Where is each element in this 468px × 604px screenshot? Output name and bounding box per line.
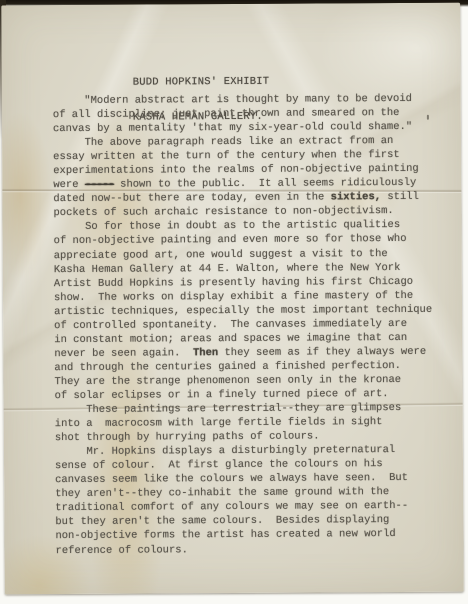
text-line: reference of colours. — [55, 541, 433, 557]
text-segment: into a macrocosm with large fertile fiel… — [55, 416, 383, 430]
text-segment: non-objective forms the artist has creat… — [55, 528, 395, 542]
text-segment: reference of colours. — [55, 544, 187, 557]
text-segment: sense of colour. At first glance the col… — [55, 458, 383, 472]
text-segment: canvas by a mentality 'that my six-year-… — [53, 121, 412, 135]
text-segment: appreciate good art, one would suggest a… — [54, 248, 388, 262]
text-segment: of controlled spontaneity. The canvases … — [54, 318, 407, 332]
text-segment: shown to the public. It all seems ridicu… — [114, 177, 417, 191]
text-line: non-objective forms the artist has creat… — [55, 527, 433, 543]
scanned-document-screen: BUDD HOPKINS' EXHIBIT KASHA HEMAN GALLER… — [0, 0, 468, 604]
document-body: "Modern abstract art is thought by many … — [53, 92, 434, 558]
text-segment: still — [381, 191, 419, 203]
text-segment: show. The works on display exhibit a fin… — [54, 290, 413, 304]
text-segment: but they aren't the same colours. Beside… — [55, 514, 389, 528]
text-segment: sixties, — [331, 191, 381, 203]
text-segment: dated now--but there are today, even in … — [53, 192, 330, 206]
text-segment: Then — [193, 347, 218, 359]
text-segment: Mr. Hopkins displays a disturbingly pret… — [55, 444, 395, 458]
typewritten-text-layer: BUDD HOPKINS' EXHIBIT KASHA HEMAN GALLER… — [52, 3, 444, 5]
document-page: BUDD HOPKINS' EXHIBIT KASHA HEMAN GALLER… — [1, 3, 464, 595]
text-segment: of non-objective painting and even more … — [54, 233, 407, 247]
text-segment: in constant motion; areas and spaces we … — [54, 332, 407, 346]
text-segment: of all discipline; just paint thrown and… — [53, 107, 400, 121]
text-segment: Artist Budd Hopkins is presently having … — [54, 276, 413, 290]
text-segment: The above paragraph reads like an extrac… — [53, 135, 393, 149]
text-segment: "Modern abstract art is thought by many … — [53, 93, 412, 107]
text-segment: experimentations into the realms of non-… — [53, 163, 419, 177]
text-segment: artistic techniques, especially the most… — [54, 303, 432, 317]
text-segment: and through the centuries gained a finis… — [54, 360, 401, 374]
text-segment: of solar eclipses or in a finely turned … — [55, 388, 389, 402]
text-segment: pockets of such archaic resistance to no… — [53, 205, 393, 219]
text-segment: they seem as if they always were — [218, 346, 426, 359]
struck-out-word: ----- — [85, 179, 114, 191]
text-segment: never be seen again. — [54, 347, 193, 360]
text-segment: they aren't--they co-inhabit the same gr… — [55, 486, 389, 500]
text-segment: So for those in doubt as to the artistic… — [54, 219, 401, 233]
text-segment: traditional comfort of any colours we ma… — [55, 500, 408, 514]
text-segment: Kasha Heman Gallery at 44 E. Walton, whe… — [54, 262, 401, 276]
text-segment: They are the strange phenomenon seen onl… — [54, 374, 401, 388]
text-segment: These paintings are terrestrial--they ar… — [55, 402, 402, 416]
text-segment: were — [53, 179, 85, 191]
document-title-line: BUDD HOPKINS' EXHIBIT — [133, 77, 270, 89]
text-line: into a macrocosm with large fertile fiel… — [55, 415, 433, 431]
text-segment: shot through by hurrying paths of colour… — [55, 431, 320, 445]
text-segment: essay written at the turn of the century… — [53, 149, 400, 163]
text-segment: canvases seem like the colours we always… — [55, 472, 408, 486]
